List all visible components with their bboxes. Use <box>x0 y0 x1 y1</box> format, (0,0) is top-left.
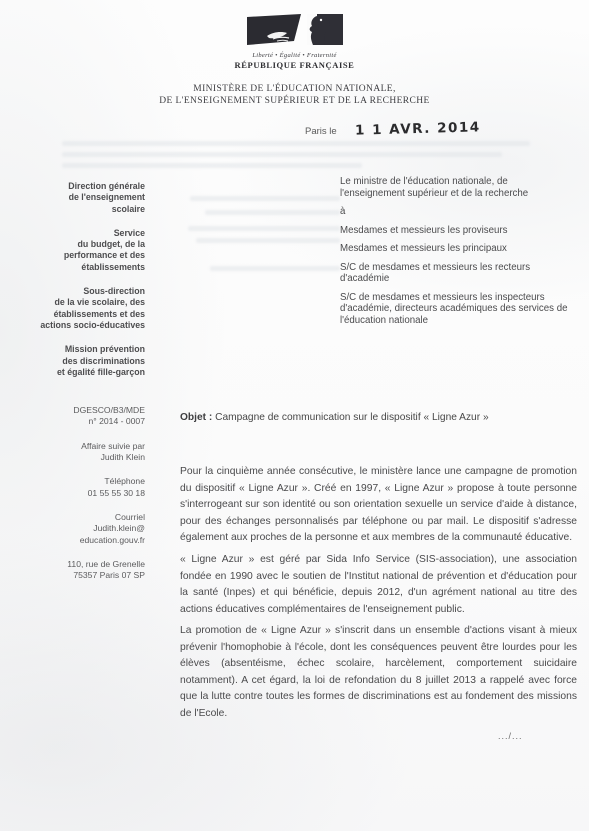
bleed-through-artifact <box>62 152 502 157</box>
body-paragraph: Pour la cinquième année consécutive, le … <box>180 464 577 547</box>
recipient-line: Mesdames et messieurs les proviseurs <box>340 225 578 237</box>
sidebar-sous-direction: Sous-direction de la vie scolaire, des é… <box>40 286 145 331</box>
scanned-letter-page: Liberté • Égalité • Fraternité RÉPUBLIQU… <box>0 0 589 831</box>
dateline: Paris le 1 1 AVR. 2014 <box>305 120 481 138</box>
sender-title: Le ministre de l'éducation nationale, de… <box>340 176 578 199</box>
sidebar-line: 01 55 55 30 18 <box>40 488 145 499</box>
sidebar-line: education.gouv.fr <box>40 535 145 546</box>
sidebar-line: Direction générale <box>40 181 145 192</box>
sidebar-line: Judith Klein <box>40 452 145 463</box>
to-marker: à <box>340 206 578 218</box>
body-paragraph: « Ligne Azur » est géré par Sida Info Se… <box>180 552 577 618</box>
recipient-line: Mesdames et messieurs les principaux <box>340 243 578 255</box>
sidebar-service-budget: Service du budget, de la performance et … <box>40 228 145 273</box>
letterhead: Liberté • Égalité • Fraternité RÉPUBLIQU… <box>0 14 589 70</box>
subject-line: Objet : Campagne de communication sur le… <box>180 412 580 423</box>
date-stamp: 1 1 AVR. 2014 <box>355 119 481 138</box>
sidebar-line: et égalité fille-garçon <box>40 367 145 378</box>
bleed-through-artifact <box>62 141 530 146</box>
sidebar-line: n° 2014 - 0007 <box>40 416 145 427</box>
sidebar-line: 75357 Paris 07 SP <box>40 570 145 581</box>
sidebar-direction-generale: Direction générale de l'enseignement sco… <box>40 181 145 215</box>
sidebar-telephone: Téléphone 01 55 55 30 18 <box>40 476 145 499</box>
sidebar-address: 110, rue de Grenelle 75357 Paris 07 SP <box>40 559 145 582</box>
logo-republic: RÉPUBLIQUE FRANÇAISE <box>0 60 589 70</box>
sidebar-reference-number: DGESCO/B3/MDE n° 2014 - 0007 <box>40 405 145 428</box>
bleed-through-artifact <box>190 196 340 201</box>
sidebar-mission-prevention: Mission prévention des discriminations e… <box>40 344 145 378</box>
sidebar-affaire-suivie: Affaire suivie par Judith Klein <box>40 441 145 464</box>
sidebar-line: établissements et des <box>40 309 145 320</box>
place-label: Paris le <box>305 126 337 137</box>
body-paragraph: La promotion de « Ligne Azur » s'inscrit… <box>180 623 577 723</box>
sidebar-line: Service <box>40 228 145 239</box>
marianne-logo <box>247 14 343 46</box>
bleed-through-artifact <box>205 210 340 215</box>
subject-label: Objet : <box>180 412 212 423</box>
sidebar-courriel: Courriel Judith.klein@ education.gouv.fr <box>40 512 145 546</box>
sidebar-line: 110, rue de Grenelle <box>40 559 145 570</box>
ministry-title-line2: DE L'ENSEIGNEMENT SUPÉRIEUR ET DE LA REC… <box>0 95 589 107</box>
ministry-title-line1: MINISTÈRE DE L'ÉDUCATION NATIONALE, <box>0 83 589 95</box>
sender-line: Le ministre de l'éducation nationale, de <box>340 176 578 188</box>
sidebar-line: établissements <box>40 262 145 273</box>
sidebar: Direction générale de l'enseignement sco… <box>40 181 145 594</box>
bleed-through-artifact <box>62 163 362 168</box>
sidebar-line: Judith.klein@ <box>40 523 145 534</box>
bleed-through-artifact <box>188 226 340 231</box>
sidebar-line: DGESCO/B3/MDE <box>40 405 145 416</box>
recipient-line: S/C de mesdames et messieurs les recteur… <box>340 262 578 285</box>
sidebar-line: Téléphone <box>40 476 145 487</box>
ministry-title: MINISTÈRE DE L'ÉDUCATION NATIONALE, DE L… <box>0 83 589 107</box>
recipient-block: Le ministre de l'éducation nationale, de… <box>340 176 578 333</box>
sidebar-line: actions socio-éducatives <box>40 320 145 331</box>
bleed-through-artifact <box>196 238 340 243</box>
sidebar-line: de l'enseignement <box>40 192 145 203</box>
logo-motto: Liberté • Égalité • Fraternité <box>0 52 589 59</box>
sidebar-line: des discriminations <box>40 356 145 367</box>
sidebar-line: scolaire <box>40 204 145 215</box>
sidebar-line: Sous-direction <box>40 286 145 297</box>
subject-text: Campagne de communication sur le disposi… <box>212 412 488 423</box>
bleed-through-artifact <box>210 266 340 271</box>
sidebar-line: Mission prévention <box>40 344 145 355</box>
sidebar-line: Courriel <box>40 512 145 523</box>
sidebar-line: de la vie scolaire, des <box>40 297 145 308</box>
recipient-line: S/C de mesdames et messieurs les inspect… <box>340 292 578 327</box>
sidebar-line: Affaire suivie par <box>40 441 145 452</box>
sender-line: l'enseignement supérieur et de la recher… <box>340 188 578 200</box>
sidebar-line: du budget, de la <box>40 239 145 250</box>
sidebar-line: performance et des <box>40 250 145 261</box>
continuation-mark: .../... <box>498 731 523 741</box>
